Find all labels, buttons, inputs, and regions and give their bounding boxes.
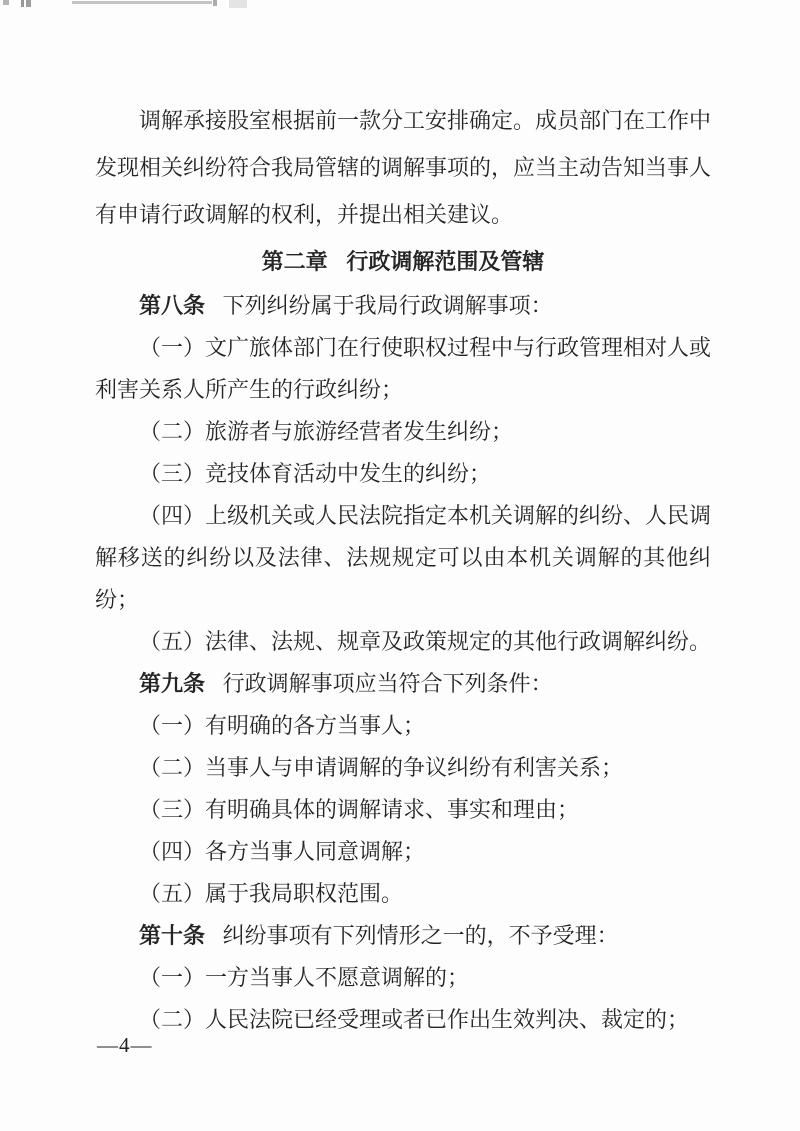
article-text: （三）竞技体育活动中发生的纠纷； — [139, 461, 491, 486]
intro-paragraph: 调解承接股室根据前一款分工安排确定。成员部门在工作中发现相关纠纷符合我局管辖的调… — [95, 97, 711, 238]
article-text: （一）文广旅体部门在行使职权过程中与行政管理相对人或利害关系人所产生的行政纠纷； — [95, 335, 711, 402]
article-paragraph: 第八条下列纠纷属于我局行政调解事项： — [95, 285, 711, 327]
article-text: （二）当事人与申请调解的争议纠纷有利害关系； — [139, 755, 623, 780]
article-paragraph: （二）人民法院已经受理或者已作出生效判决、裁定的； — [95, 999, 711, 1041]
chapter-title: 行政调解范围及管辖 — [346, 249, 544, 274]
article-paragraph: （五）法律、法规、规章及政策规定的其他行政调解纠纷。 — [95, 621, 711, 663]
article-paragraph: （四）各方当事人同意调解； — [95, 831, 711, 873]
article-paragraph: （五）属于我局职权范围。 — [95, 873, 711, 915]
scan-artifact — [3, 0, 9, 5]
article-paragraph: （三）有明确具体的调解请求、事实和理由； — [95, 789, 711, 831]
article-paragraph: （四）上级机关或人民法院指定本机关调解的纠纷、人民调解移送的纠纷以及法律、法规规… — [95, 495, 711, 621]
scan-artifact — [21, 0, 24, 7]
article-text: （一）有明确的各方当事人； — [139, 713, 425, 738]
article-text: （一）一方当事人不愿意调解的； — [139, 965, 469, 990]
scan-artifact — [26, 0, 31, 7]
article-label: 第九条 — [139, 671, 205, 696]
document-page: 调解承接股室根据前一款分工安排确定。成员部门在工作中发现相关纠纷符合我局管辖的调… — [0, 0, 800, 1131]
chapter-heading: 第二章行政调解范围及管辖 — [95, 238, 711, 285]
article-text: （四）各方当事人同意调解； — [139, 839, 425, 864]
article-text: （二）旅游者与旅游经营者发生纠纷； — [139, 419, 513, 444]
article-paragraph: 第九条行政调解事项应当符合下列条件： — [95, 663, 711, 705]
article-paragraph: （一）一方当事人不愿意调解的； — [95, 957, 711, 999]
article-text: 纠纷事项有下列情形之一的，不予受理： — [223, 923, 619, 948]
article-paragraph: （一）有明确的各方当事人； — [95, 705, 711, 747]
scan-artifact — [72, 1, 212, 4]
scan-artifact — [229, 0, 247, 8]
articles-list: 第八条下列纠纷属于我局行政调解事项：（一）文广旅体部门在行使职权过程中与行政管理… — [95, 285, 711, 1041]
article-paragraph: （二）当事人与申请调解的争议纠纷有利害关系； — [95, 747, 711, 789]
document-body: 调解承接股室根据前一款分工安排确定。成员部门在工作中发现相关纠纷符合我局管辖的调… — [95, 97, 711, 1041]
article-text: （五）属于我局职权范围。 — [139, 881, 403, 906]
scan-artifact — [213, 0, 217, 6]
article-text: （三）有明确具体的调解请求、事实和理由； — [139, 797, 579, 822]
article-text: （二）人民法院已经受理或者已作出生效判决、裁定的； — [139, 1007, 689, 1032]
chapter-number: 第二章 — [262, 249, 328, 274]
article-label: 第八条 — [139, 293, 205, 318]
article-text: （四）上级机关或人民法院指定本机关调解的纠纷、人民调解移送的纠纷以及法律、法规规… — [95, 503, 711, 612]
article-paragraph: （二）旅游者与旅游经营者发生纠纷； — [95, 411, 711, 453]
article-text: 下列纠纷属于我局行政调解事项： — [223, 293, 553, 318]
article-label: 第十条 — [139, 923, 205, 948]
article-text: 行政调解事项应当符合下列条件： — [223, 671, 553, 696]
page-number: —4— — [97, 1033, 153, 1058]
article-paragraph: 第十条纠纷事项有下列情形之一的，不予受理： — [95, 915, 711, 957]
article-paragraph: （一）文广旅体部门在行使职权过程中与行政管理相对人或利害关系人所产生的行政纠纷； — [95, 327, 711, 411]
article-text: （五）法律、法规、规章及政策规定的其他行政调解纠纷。 — [139, 629, 711, 654]
article-paragraph: （三）竞技体育活动中发生的纠纷； — [95, 453, 711, 495]
